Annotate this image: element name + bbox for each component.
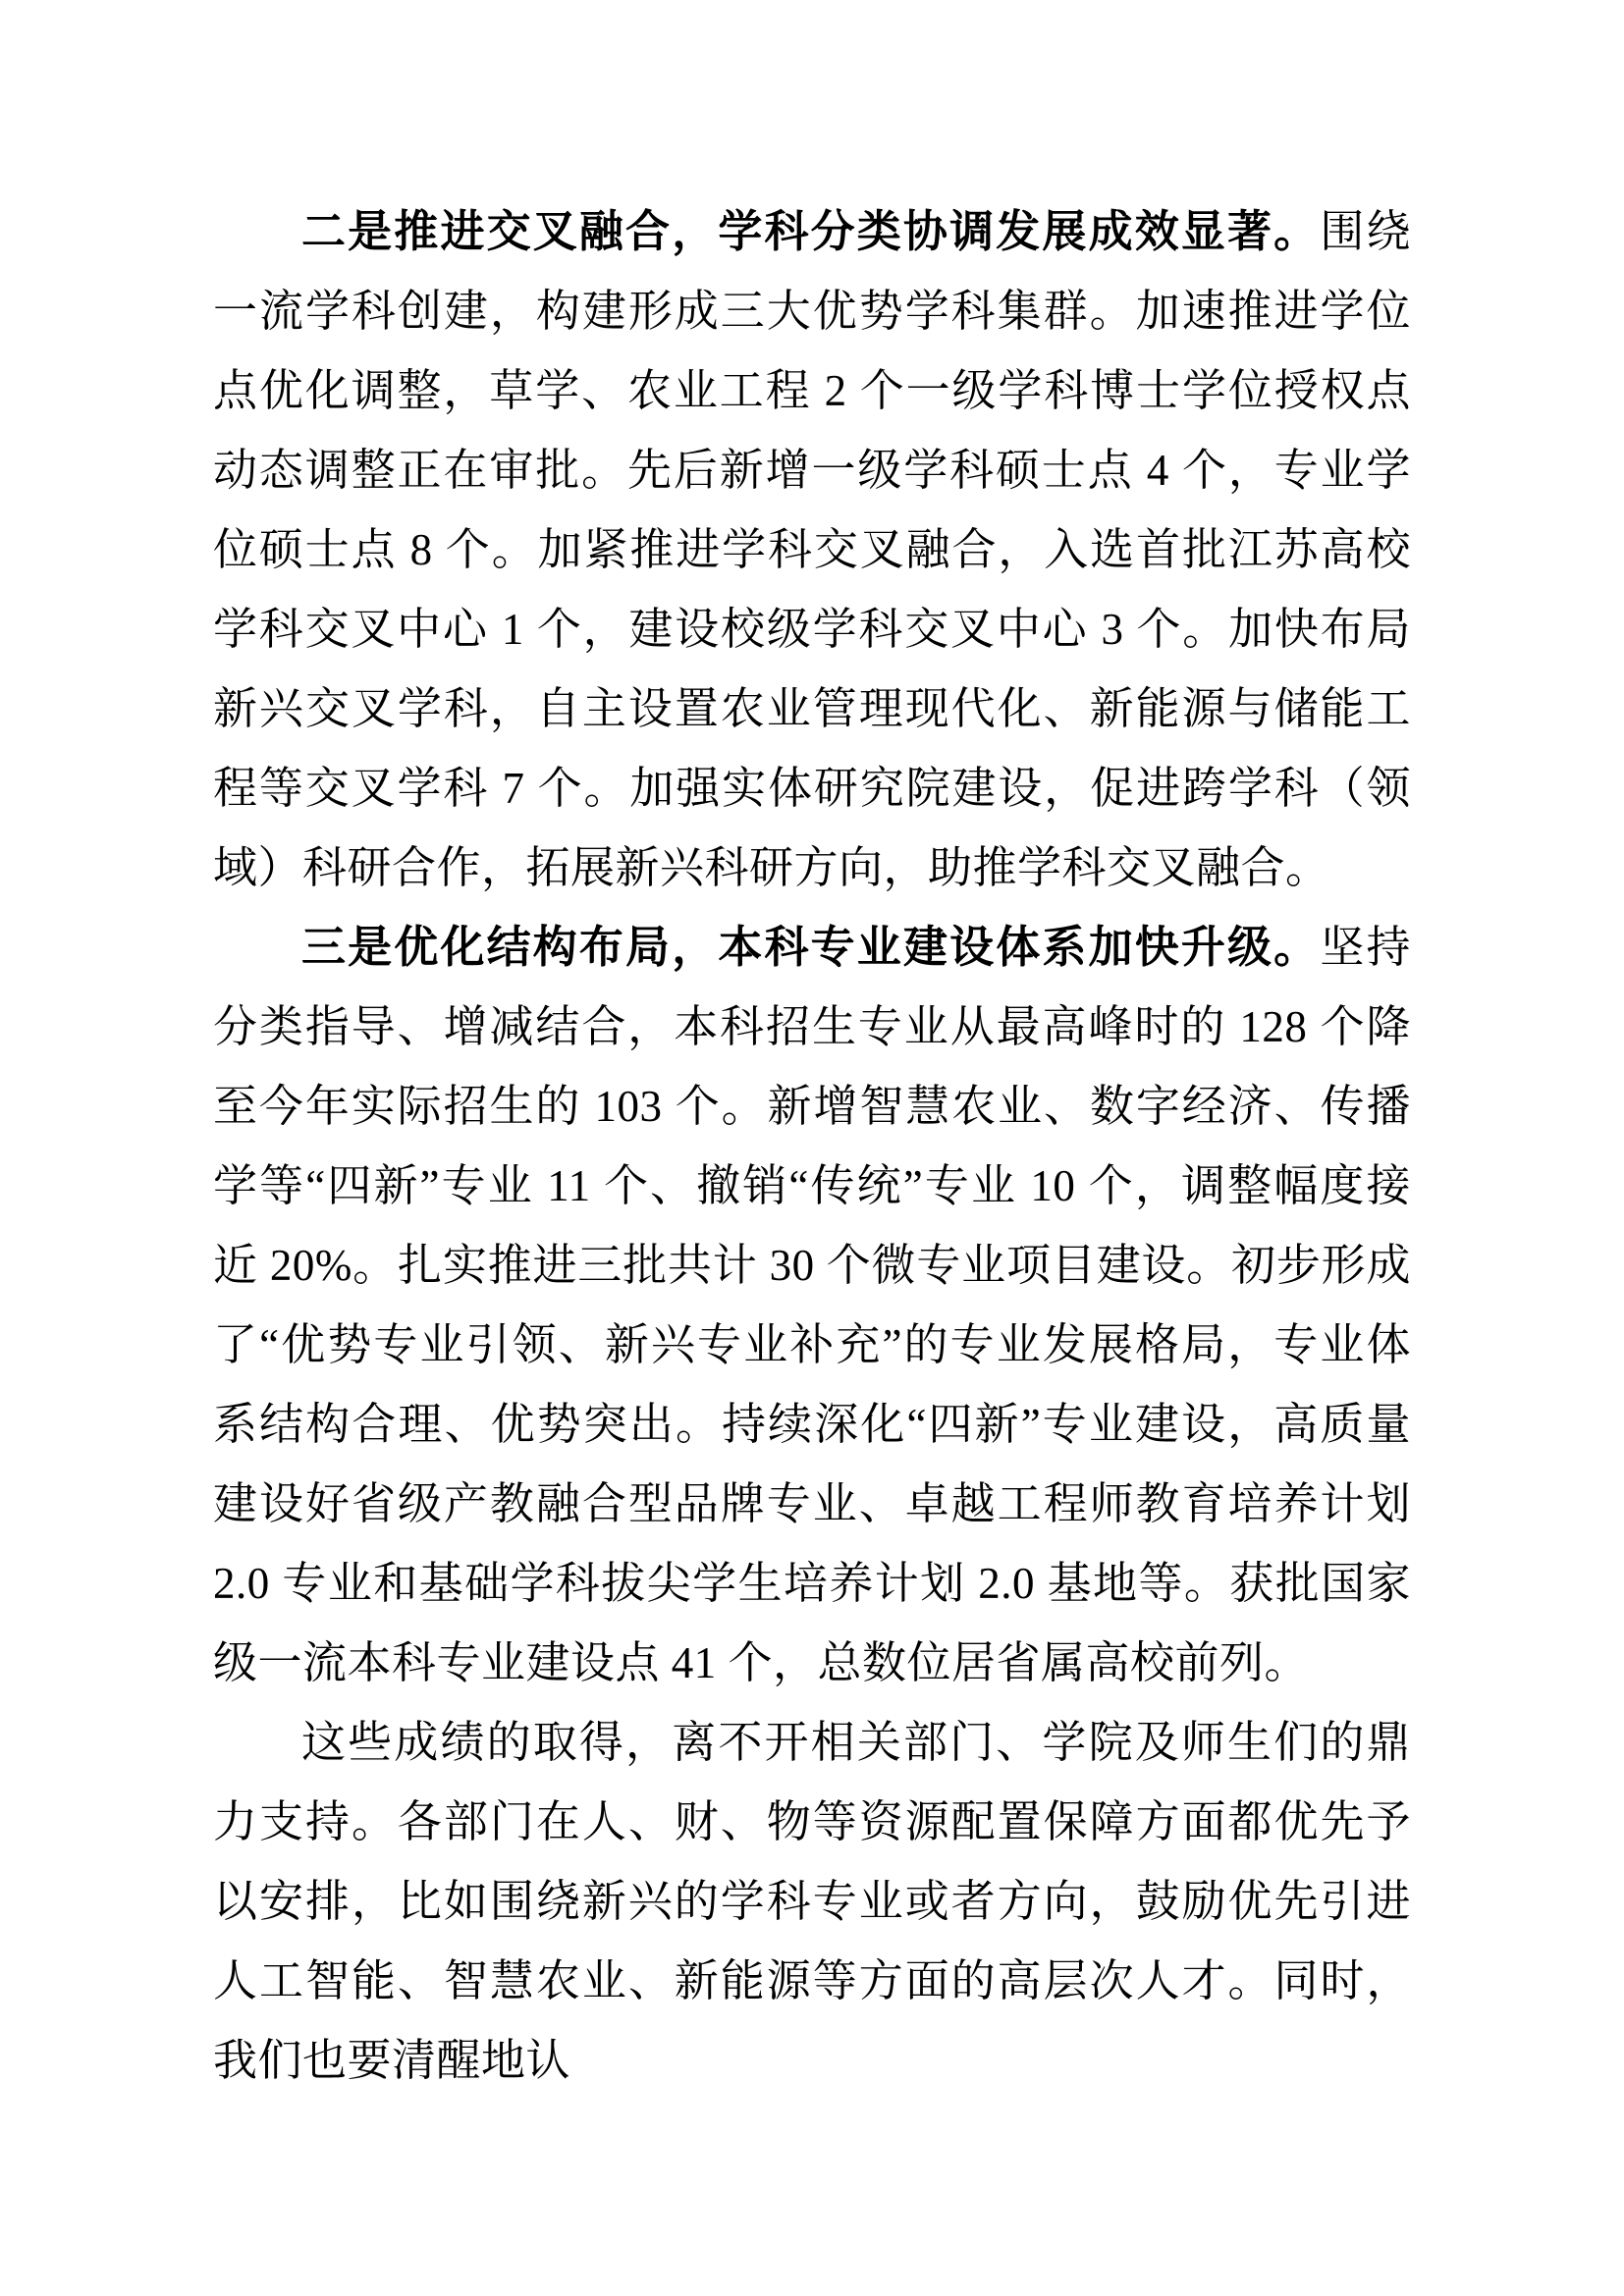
paragraph-body-text: 坚持分类指导、增减结合，本科招生专业从最高峰时的 128 个降至今年实际招生的 …	[213, 923, 1411, 1687]
document-page: 二是推进交叉融合，学科分类协调发展成效显著。围绕一流学科创建，构建形成三大优势学…	[0, 0, 1624, 2296]
paragraph-body-text: 这些成绩的取得，离不开相关部门、学院及师生们的鼎力支持。各部门在人、财、物等资源…	[213, 1718, 1411, 2085]
paragraph-lead-sentence: 三是优化结构布局，本科专业建设体系加快升级。	[301, 923, 1320, 972]
document-text-block: 二是推进交叉融合，学科分类协调发展成效显著。围绕一流学科创建，构建形成三大优势学…	[213, 192, 1411, 2101]
paragraph-acknowledgement: 这些成绩的取得，离不开相关部门、学院及师生们的鼎力支持。各部门在人、财、物等资源…	[213, 1703, 1411, 2101]
paragraph-body-text: 围绕一流学科创建，构建形成三大优势学科集群。加速推进学位点优化调整，草学、农业工…	[213, 207, 1411, 892]
paragraph-cross-disciplinary-integration: 二是推进交叉融合，学科分类协调发展成效显著。围绕一流学科创建，构建形成三大优势学…	[213, 192, 1411, 908]
paragraph-major-structure-optimization: 三是优化结构布局，本科专业建设体系加快升级。坚持分类指导、增减结合，本科招生专业…	[213, 908, 1411, 1703]
paragraph-lead-sentence: 二是推进交叉融合，学科分类协调发展成效显著。	[301, 207, 1320, 256]
